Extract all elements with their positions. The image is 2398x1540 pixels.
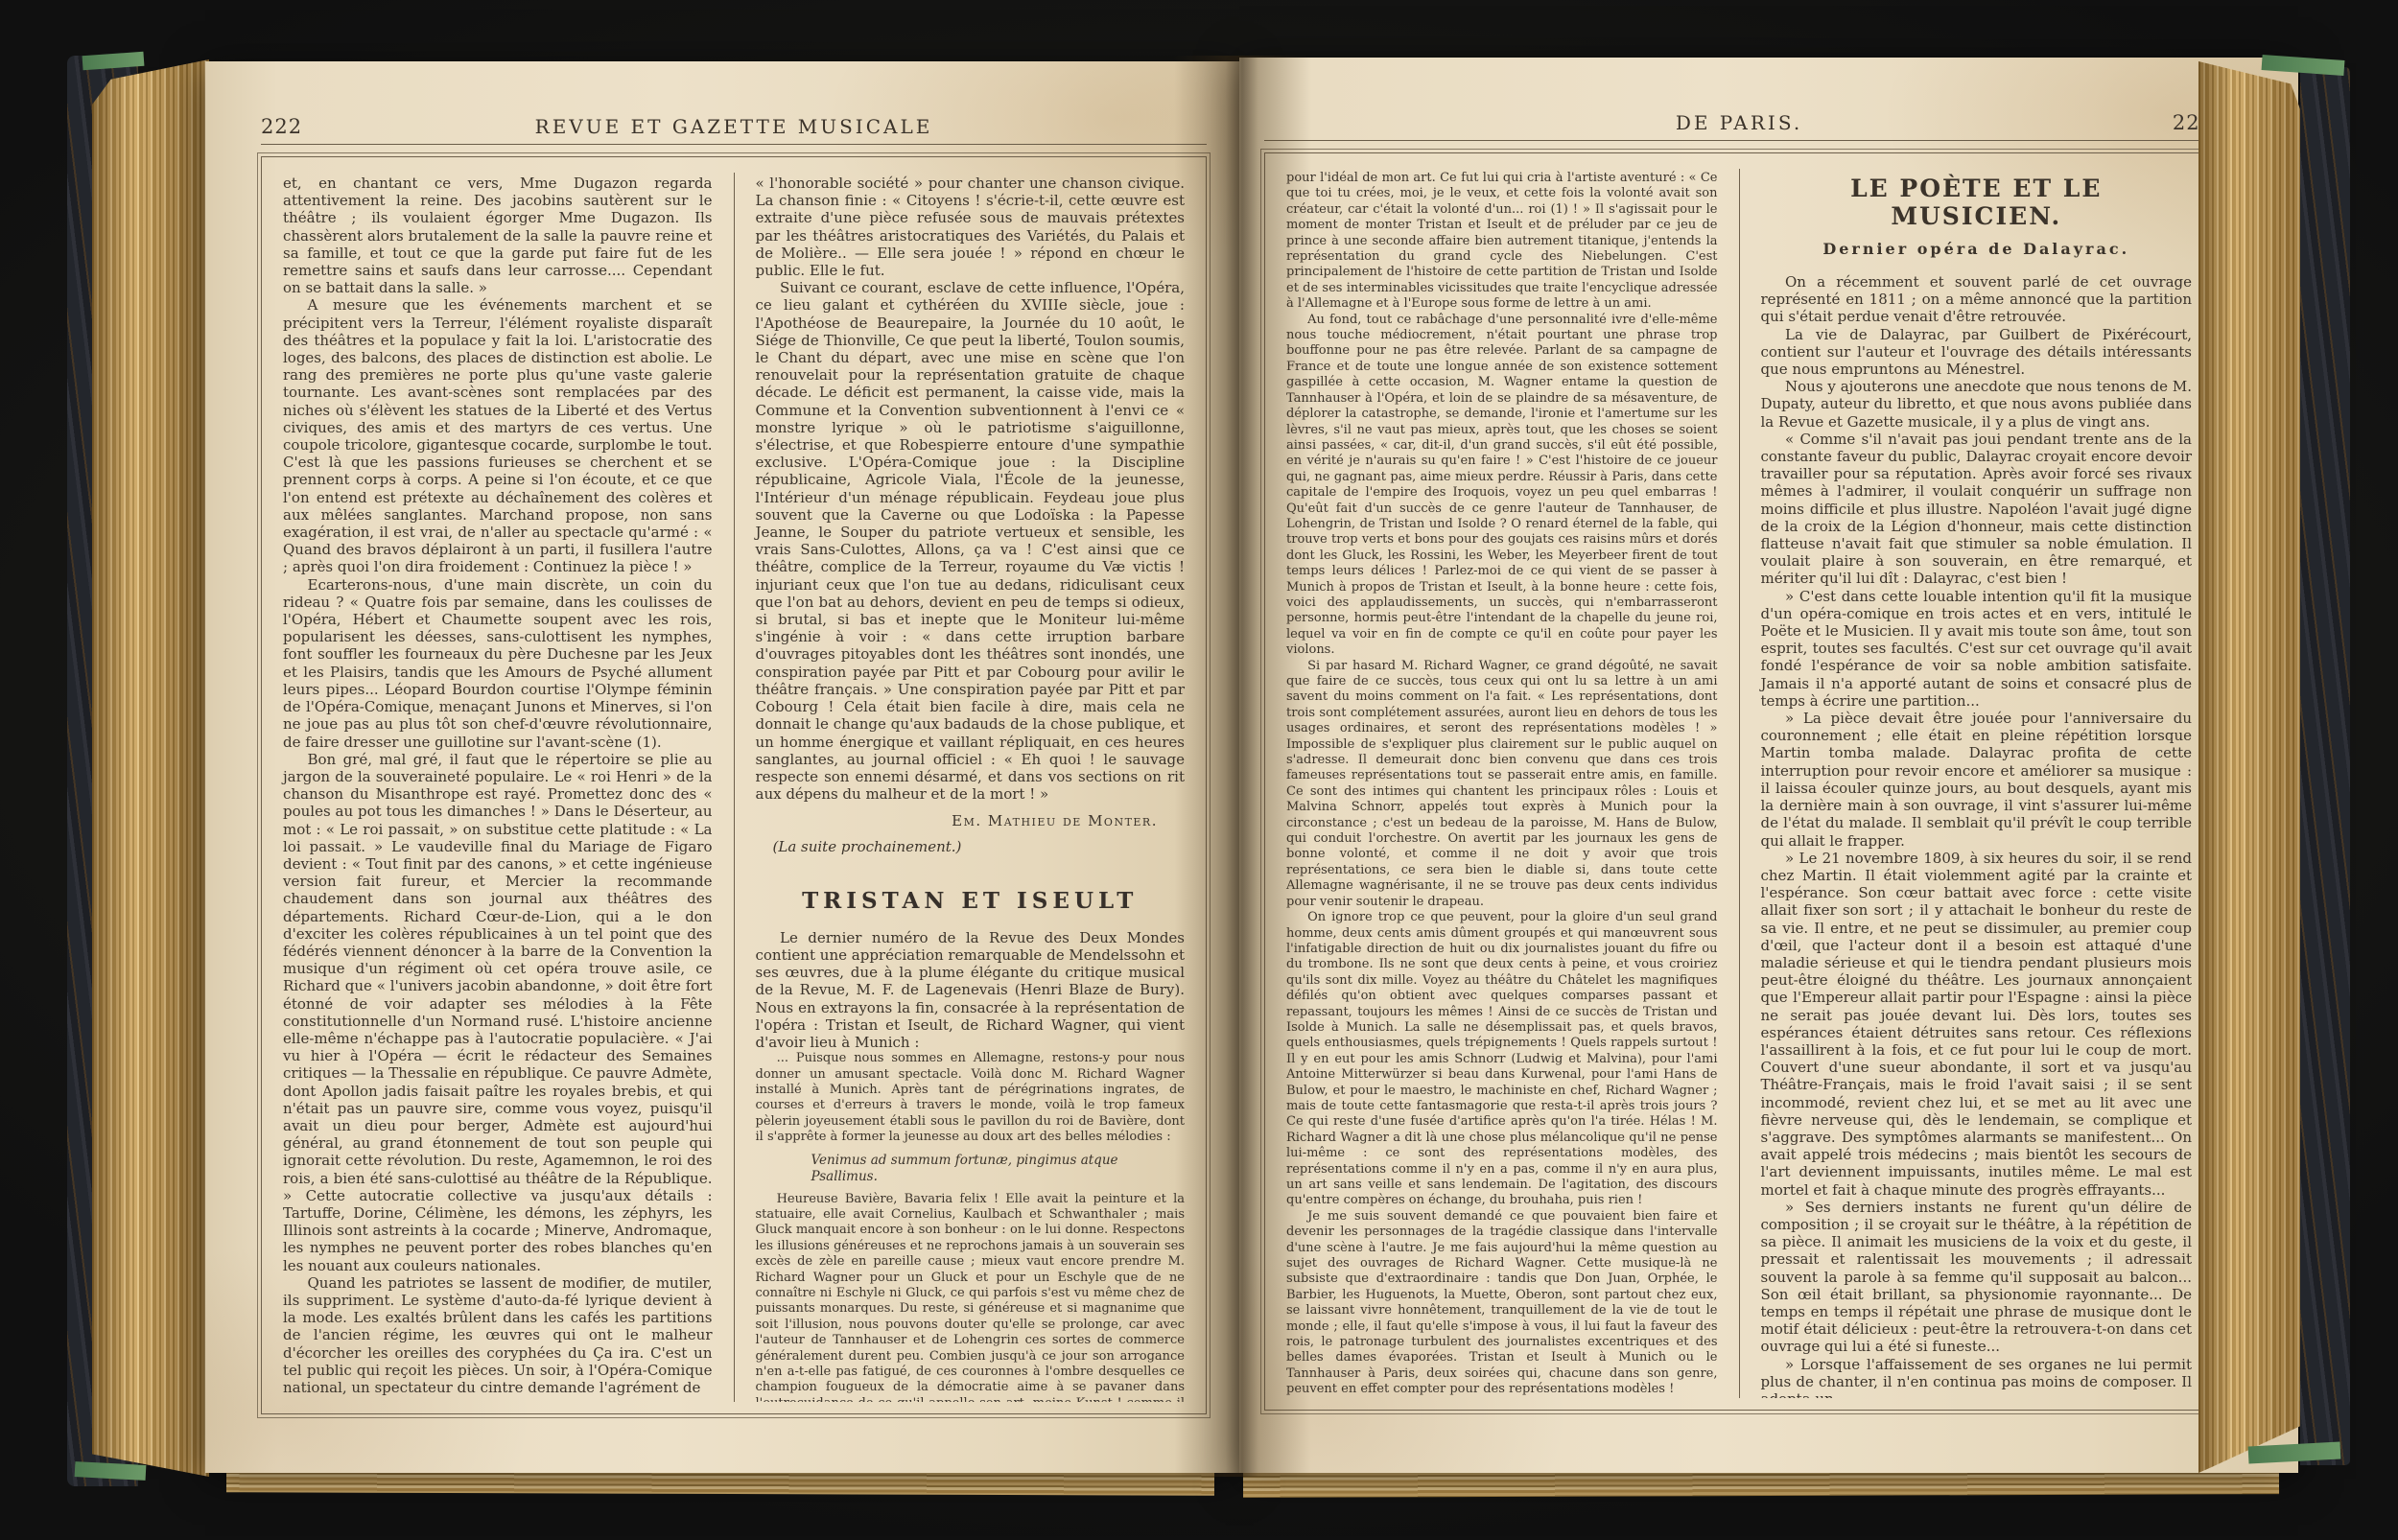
article-title: TRISTAN ET ISEULT: [756, 888, 1186, 914]
text-frame-left: et, en chantant ce vers, Mme Dugazon reg…: [261, 156, 1207, 1414]
excerpt-paragraph: Je me suis souvent demandé ce que pouvai…: [1286, 1209, 1718, 1398]
excerpt-paragraph: Si par hasard M. Richard Wagner, ce gran…: [1286, 659, 1718, 911]
paragraph: Nous y ajouterons une anecdote que nous …: [1761, 378, 2193, 431]
journal-title: DE PARIS.: [1360, 111, 2118, 134]
excerpt-paragraph: On ignore trop ce que peuvent, pour la g…: [1286, 910, 1718, 1209]
right-column-1: pour l'idéal de mon art. Ce fut lui qui …: [1265, 169, 1739, 1398]
paragraph: et, en chantant ce vers, Mme Dugazon reg…: [283, 175, 713, 296]
paragraph: Le dernier numéro de la Revue des Deux M…: [756, 929, 1186, 1051]
article-subtitle: Dernier opéra de Dalayrac.: [1761, 240, 2193, 258]
page-number: 222: [261, 115, 357, 138]
excerpt-paragraph: pour l'idéal de mon art. Ce fut lui qui …: [1286, 171, 1718, 313]
journal-title: REVUE ET GAZETTE MUSICALE: [357, 115, 1111, 138]
paragraph: Suivant ce courant, esclave de cette inf…: [756, 279, 1186, 803]
excerpt-paragraph: ... Puisque nous sommes en Allemagne, re…: [756, 1051, 1186, 1145]
page-stack-left: [92, 59, 209, 1477]
paragraph: A mesure que les événements marchent et …: [283, 296, 713, 575]
paragraph: » Lorsque l'affaissement de ses organes …: [1761, 1356, 2193, 1398]
paragraph: » C'est dans cette louable intention qu'…: [1761, 588, 2193, 710]
excerpt-paragraph: Heureuse Bavière, Bavaria felix ! Elle a…: [756, 1192, 1186, 1402]
running-head-left: 222 REVUE ET GAZETTE MUSICALE: [261, 88, 1207, 145]
paragraph: « l'honorable société » pour chanter une…: [756, 175, 1186, 279]
book-cover-edge-right: [2300, 67, 2350, 1465]
left-page: 222 REVUE ET GAZETTE MUSICALE et, en cha…: [205, 61, 1239, 1473]
continuation-note: (La suite prochainement.): [756, 838, 1186, 855]
right-page: DE PARIS. 223 pour l'idéal de mon art. C…: [1239, 58, 2298, 1473]
footnote-block: (1) Journaux du Temps.: [283, 1396, 713, 1402]
author-signature: Em. Mathieu de Monter.: [756, 812, 1159, 829]
latin-verse: Venimus ad summum fortunæ, pingimus atqu…: [811, 1153, 1186, 1185]
article-title: LE POÈTE ET LE MUSICIEN.: [1761, 175, 2193, 230]
right-column-2: LE POÈTE ET LE MUSICIEN. Dernier opéra d…: [1739, 169, 2214, 1398]
running-head-right: DE PARIS. 223: [1264, 84, 2214, 141]
paragraph: « Comme s'il n'avait pas joui pendant tr…: [1761, 431, 2193, 588]
page-stack-right: [2198, 61, 2306, 1473]
left-column-1: et, en chantant ce vers, Mme Dugazon reg…: [262, 173, 734, 1402]
verse-line: Psallimus.: [811, 1169, 1186, 1185]
left-column-2: « l'honorable société » pour chanter une…: [734, 173, 1207, 1402]
page-stack-under-left: [226, 1469, 1214, 1496]
paragraph: Bon gré, mal gré, il faut que le réperto…: [283, 751, 713, 1274]
book-photo: 222 REVUE ET GAZETTE MUSICALE et, en cha…: [0, 0, 2398, 1540]
paragraph: La vie de Dalayrac, par Guilbert de Pixé…: [1761, 326, 2193, 379]
paragraph: » Ses derniers instants ne furent qu'un …: [1761, 1199, 2193, 1356]
excerpt-paragraph: Au fond, tout ce rabâchage d'une personn…: [1286, 313, 1718, 659]
paragraph: Ecarterons-nous, d'une main discrète, un…: [283, 576, 713, 751]
paragraph: Quand les patriotes se lassent de modifi…: [283, 1274, 713, 1396]
verse-line: Venimus ad summum fortunæ, pingimus atqu…: [811, 1153, 1186, 1169]
paragraph: » La pièce devait être jouée pour l'anni…: [1761, 710, 2193, 850]
page-stack-under-right: [1243, 1469, 2279, 1498]
text-frame-right: pour l'idéal de mon art. Ce fut lui qui …: [1264, 152, 2214, 1411]
paragraph: » Le 21 novembre 1809, à six heures du s…: [1761, 850, 2193, 1199]
paragraph: On a récemment et souvent parlé de cet o…: [1761, 273, 2193, 326]
